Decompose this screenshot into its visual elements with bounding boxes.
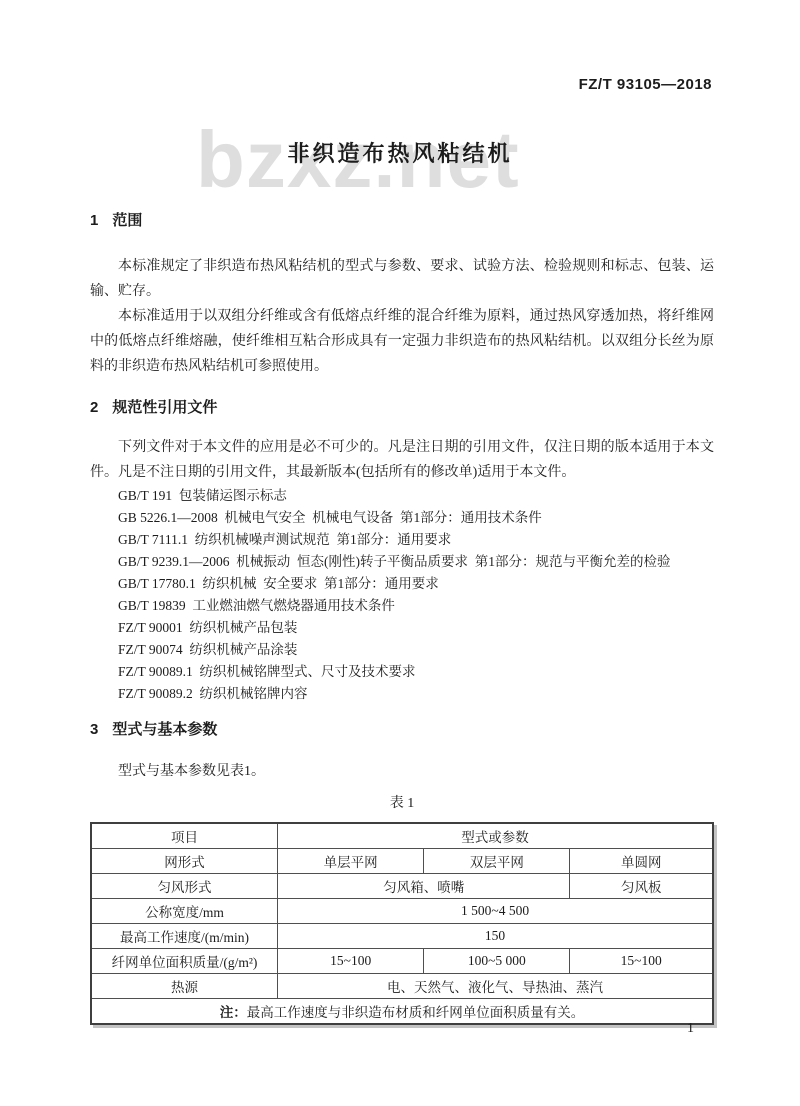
reference-item: GB 5226.1—2008 机械电气安全 机械电气设备 第1部分：通用技术条件 (118, 507, 714, 529)
table-row-speed: 最高工作速度/(m/min) 150 (91, 924, 713, 949)
cell-mass-value-1: 15~100 (278, 949, 424, 974)
cell-width-value: 1 500~4 500 (278, 899, 713, 924)
cell-air-plate: 匀风板 (570, 874, 713, 899)
doc-number: FZ/T 93105—2018 (579, 76, 712, 93)
paragraph-parameters: 型式与基本参数见表1。 (90, 759, 714, 784)
cell-net-single-flat: 单层平网 (278, 849, 424, 874)
cell-air-label: 匀风形式 (91, 874, 278, 899)
table-caption: 表 1 (90, 794, 714, 814)
note-label: 注： (220, 1005, 247, 1020)
section-number: 2 (90, 399, 98, 416)
note-text: 最高工作速度与非织造布材质和纤网单位面积质量有关。 (247, 1005, 585, 1020)
cell-net-label: 网形式 (91, 849, 278, 874)
section-title: 范围 (112, 212, 142, 229)
table-row-air-form: 匀风形式 匀风箱、喷嘴 匀风板 (91, 874, 713, 899)
cell-speed-label: 最高工作速度/(m/min) (91, 924, 278, 949)
section-heading-references: 2规范性引用文件 (90, 399, 714, 417)
paragraph-references-intro: 下列文件对于本文件的应用是必不可少的。凡是注日期的引用文件，仅注日期的版本适用于… (90, 435, 714, 485)
reference-item: FZ/T 90001 纺织机械产品包装 (118, 617, 714, 639)
table-row-heat-source: 热源 电、天然气、液化气、导热油、蒸汽 (91, 974, 713, 999)
cell-speed-value: 150 (278, 924, 713, 949)
cell-heat-label: 热源 (91, 974, 278, 999)
document-title: 非织造布热风粘结机 (0, 137, 800, 168)
document-body: 1范围 本标准规定了非织造布热风粘结机的型式与参数、要求、试验方法、检验规则和标… (90, 212, 714, 1025)
cell-width-label: 公称宽度/mm (91, 899, 278, 924)
reference-item: GB/T 191 包装储运图示标志 (118, 485, 714, 507)
header-cell-item: 项目 (91, 823, 278, 849)
page-number: 1 (687, 1021, 694, 1037)
table-header-row: 项目 型式或参数 (91, 823, 713, 849)
reference-item: GB/T 7111.1 纺织机械噪声测试规范 第1部分：通用要求 (118, 529, 714, 551)
cell-mass-label: 纤网单位面积质量/(g/m²) (91, 949, 278, 974)
reference-item: GB/T 19839 工业燃油燃气燃烧器通用技术条件 (118, 595, 714, 617)
cell-heat-value: 电、天然气、液化气、导热油、蒸汽 (278, 974, 713, 999)
cell-mass-value-2: 100~5 000 (424, 949, 570, 974)
references-list: GB/T 191 包装储运图示标志 GB 5226.1—2008 机械电气安全 … (90, 485, 714, 705)
section-heading-parameters: 3型式与基本参数 (90, 721, 714, 739)
paragraph-scope-1: 本标准规定了非织造布热风粘结机的型式与参数、要求、试验方法、检验规则和标志、包装… (90, 254, 714, 304)
cell-net-single-round: 单圆网 (570, 849, 713, 874)
cell-net-double-flat: 双层平网 (424, 849, 570, 874)
parameters-table: 项目 型式或参数 网形式 单层平网 双层平网 单圆网 匀风形式 匀风箱、喷嘴 匀… (90, 822, 714, 1025)
reference-item: GB/T 9239.1—2006 机械振动 恒态(刚性)转子平衡品质要求 第1部… (118, 551, 714, 573)
section-number: 3 (90, 721, 98, 738)
table-note-row: 注：最高工作速度与非织造布材质和纤网单位面积质量有关。 (91, 999, 713, 1025)
section-number: 1 (90, 212, 98, 229)
table-row-net-form: 网形式 单层平网 双层平网 单圆网 (91, 849, 713, 874)
table-row-width: 公称宽度/mm 1 500~4 500 (91, 899, 713, 924)
section-title: 型式与基本参数 (112, 721, 217, 738)
header-cell-params: 型式或参数 (278, 823, 713, 849)
cell-mass-value-3: 15~100 (570, 949, 713, 974)
cell-air-box-nozzle: 匀风箱、喷嘴 (278, 874, 570, 899)
reference-item: FZ/T 90089.2 纺织机械铭牌内容 (118, 683, 714, 705)
section-heading-scope: 1范围 (90, 212, 714, 230)
table-row-mass: 纤网单位面积质量/(g/m²) 15~100 100~5 000 15~100 (91, 949, 713, 974)
reference-item: GB/T 17780.1 纺织机械 安全要求 第1部分：通用要求 (118, 573, 714, 595)
section-title: 规范性引用文件 (112, 399, 217, 416)
reference-item: FZ/T 90089.1 纺织机械铭牌型式、尺寸及技术要求 (118, 661, 714, 683)
table-note: 注：最高工作速度与非织造布材质和纤网单位面积质量有关。 (91, 999, 713, 1025)
reference-item: FZ/T 90074 纺织机械产品涂装 (118, 639, 714, 661)
document-page: { "header": { "doc_number": "FZ/T 93105—… (0, 0, 800, 1106)
paragraph-scope-2: 本标准适用于以双组分纤维或含有低熔点纤维的混合纤维为原料，通过热风穿透加热，将纤… (90, 304, 714, 379)
